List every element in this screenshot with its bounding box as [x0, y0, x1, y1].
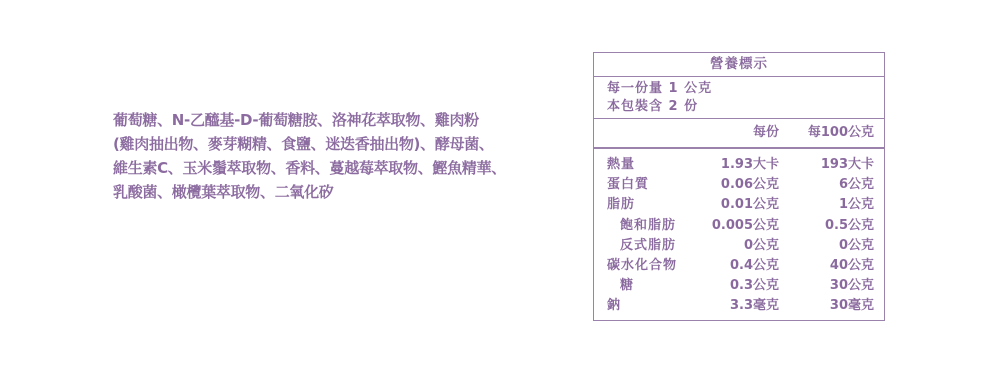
- row-per-serving: 0.3公克: [730, 276, 779, 296]
- column-per-100g: 每100公克: [808, 119, 874, 147]
- row-per-100g: 193大卡: [821, 155, 874, 175]
- row-label: 脂肪: [607, 195, 635, 215]
- row-per-100g: 6公克: [839, 175, 874, 195]
- row-label: 熱量: [607, 155, 635, 175]
- ingredients-line: 維生素C、玉米鬚萃取物、香料、蔓越莓萃取物、鰹魚精華、: [113, 156, 553, 180]
- row-label: 飽和脂肪: [620, 216, 676, 236]
- row-per-100g: 1公克: [839, 195, 874, 215]
- ingredients-list: 葡萄糖、N-乙醯基-D-葡萄糖胺、洛神花萃取物、雞肉粉 (雞肉抽出物、麥芽糊精、…: [113, 108, 553, 204]
- nutrition-title: 營養標示: [594, 53, 884, 77]
- nutrition-row-fat: 脂肪 0.01公克 1公克: [594, 195, 884, 215]
- row-label: 碳水化合物: [607, 256, 677, 276]
- nutrition-row-protein: 蛋白質 0.06公克 6公克: [594, 175, 884, 195]
- row-per-100g: 30毫克: [830, 296, 874, 316]
- serving-info: 每一份量 1 公克 本包裝含 2 份: [594, 77, 884, 119]
- row-per-serving: 0.01公克: [721, 195, 779, 215]
- row-per-serving: 0.005公克: [712, 216, 779, 236]
- column-header: 每份 每100公克: [594, 119, 884, 149]
- row-per-100g: 0公克: [839, 236, 874, 256]
- row-per-serving: 1.93大卡: [721, 155, 779, 175]
- servings-per-package: 本包裝含 2 份: [607, 98, 884, 116]
- nutrition-row-carbohydrate: 碳水化合物 0.4公克 40公克: [594, 256, 884, 276]
- nutrition-rows: 熱量 1.93大卡 193大卡 蛋白質 0.06公克 6公克 脂肪 0.01公克…: [594, 149, 884, 317]
- row-label: 蛋白質: [607, 175, 649, 195]
- nutrition-row-sugar: 糖 0.3公克 30公克: [594, 276, 884, 296]
- ingredients-line: (雞肉抽出物、麥芽糊精、食鹽、迷迭香抽出物)、酵母菌、: [113, 132, 553, 156]
- row-per-serving: 0.4公克: [730, 256, 779, 276]
- nutrition-row-saturated-fat: 飽和脂肪 0.005公克 0.5公克: [594, 216, 884, 236]
- row-label: 反式脂肪: [620, 236, 676, 256]
- row-label: 糖: [620, 276, 634, 296]
- nutrition-facts-table: 營養標示 每一份量 1 公克 本包裝含 2 份 每份 每100公克 熱量 1.9…: [593, 52, 885, 321]
- nutrition-row-sodium: 鈉 3.3毫克 30毫克: [594, 296, 884, 316]
- row-per-100g: 30公克: [830, 276, 874, 296]
- ingredients-line: 葡萄糖、N-乙醯基-D-葡萄糖胺、洛神花萃取物、雞肉粉: [113, 108, 553, 132]
- column-per-serving: 每份: [753, 119, 779, 147]
- row-per-serving: 3.3毫克: [730, 296, 779, 316]
- nutrition-row-trans-fat: 反式脂肪 0公克 0公克: [594, 236, 884, 256]
- row-per-100g: 0.5公克: [825, 216, 874, 236]
- row-per-100g: 40公克: [830, 256, 874, 276]
- nutrition-row-energy: 熱量 1.93大卡 193大卡: [594, 155, 884, 175]
- serving-size: 每一份量 1 公克: [607, 80, 884, 98]
- row-label: 鈉: [607, 296, 621, 316]
- row-per-serving: 0.06公克: [721, 175, 779, 195]
- ingredients-line: 乳酸菌、橄欖葉萃取物、二氧化矽: [113, 180, 553, 204]
- row-per-serving: 0公克: [744, 236, 779, 256]
